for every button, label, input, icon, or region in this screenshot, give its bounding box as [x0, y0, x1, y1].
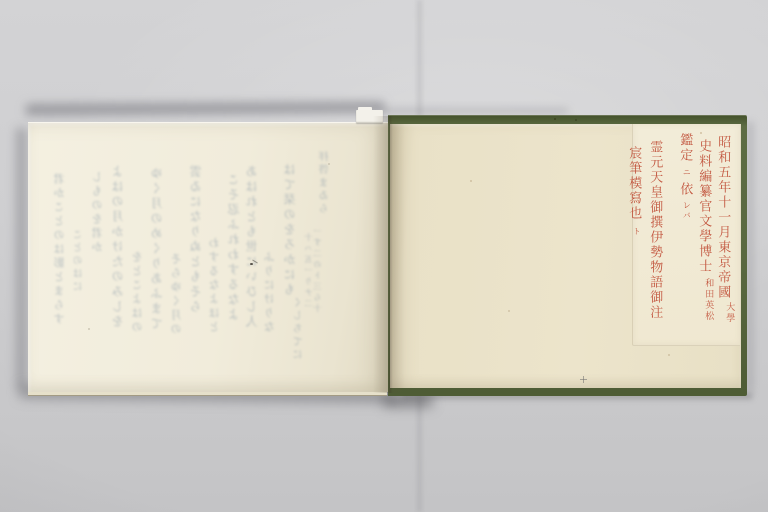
cover-speck [554, 118, 556, 120]
foxing-speck [508, 310, 510, 312]
right-page: 昭和五年十一月東京帝國大學史料編纂官文學博士和田英松鑑定ニ依レバ霊元天皇御撰伊勢… [390, 124, 741, 388]
cast-shadow-left [16, 128, 27, 390]
bleedthrough-column-1: 拝啓まゐら [320, 151, 332, 216]
bleedthrough-column-4: くしちてに [294, 297, 306, 362]
inscription-column-4: 霊元天皇御撰伊勢物語御注 [646, 140, 662, 320]
bleedthrough-column-13: をとこよはの [131, 251, 144, 335]
foxing-speck [470, 180, 472, 182]
bleedthrough-column-17: 君かことのは影とまらす [53, 173, 66, 327]
bleedthrough-column-8: こそ忍ふれわするなよ [227, 173, 241, 323]
bleedthrough-column-7: あはれとも世にいひし人 [245, 165, 259, 330]
cover-speck [575, 119, 577, 121]
cross-mark [580, 376, 587, 383]
bleedthrough-column-10: 雲ゐになりぬともそら [189, 165, 203, 315]
cast-shadow-right [747, 122, 753, 392]
inscription-column-3: 鑑定ニ依レバ [676, 133, 692, 221]
bleedthrough-column-2: 一す二のト三ら十 [313, 227, 323, 315]
bleedthrough-column-6: ふりにけりな [263, 251, 276, 335]
foxing-speck [668, 354, 670, 356]
open-book: 昭和五年十一月東京帝國大學史料編纂官文學博士和田英松鑑定ニ依レバ霊元天皇御撰伊勢… [28, 112, 747, 396]
left-page: 拝啓まゐら一す二のト三ら十十ハ五一りナ二くしちてにはて栞のをろかにもふりにけりな… [28, 122, 388, 392]
foxing-speck [328, 163, 330, 165]
bleedthrough-column-11: そらゆく月の [170, 253, 183, 337]
bleedthrough-column-16: ことのはに [74, 229, 86, 294]
foxing-speck [700, 132, 702, 134]
photo-backdrop: { "colors": { "backdrop_gray": "#d1d1d3"… [0, 0, 768, 512]
bleedthrough-column-9: わするなよほと [208, 237, 221, 335]
right-cover-green: 昭和五年十一月東京帝國大學史料編纂官文學博士和田英松鑑定ニ依レバ霊元天皇御撰伊勢… [388, 115, 747, 396]
bleedthrough-column-15: しものを君か [91, 171, 104, 255]
ink-speck [250, 263, 253, 265]
bleedthrough-column-5: はて栞のをろかにも [283, 163, 297, 298]
inscription-column-5: 宸筆模寫也ト [625, 146, 641, 237]
bleedthrough-column-14: よはの月かけたのみしを [111, 165, 125, 330]
inscription-column-2: 史料編纂官文學博士和田英松 [695, 139, 711, 322]
inscription-column-1: 昭和五年十一月東京帝國大學 [714, 135, 730, 324]
book-gutter [373, 116, 405, 393]
left-page-bottom-edge [28, 392, 387, 396]
bleedthrough-text: 拝啓まゐら一す二のト三ら十十ハ五一りナ二くしちてにはて栞のをろかにもふりにけりな… [28, 123, 388, 392]
inscription-columns: 昭和五年十一月東京帝國大學史料編纂官文學博士和田英松鑑定ニ依レバ霊元天皇御撰伊勢… [390, 124, 741, 388]
foxing-speck [88, 328, 90, 330]
bleedthrough-column-12: ゆく月のめくりあふまて [150, 167, 164, 332]
